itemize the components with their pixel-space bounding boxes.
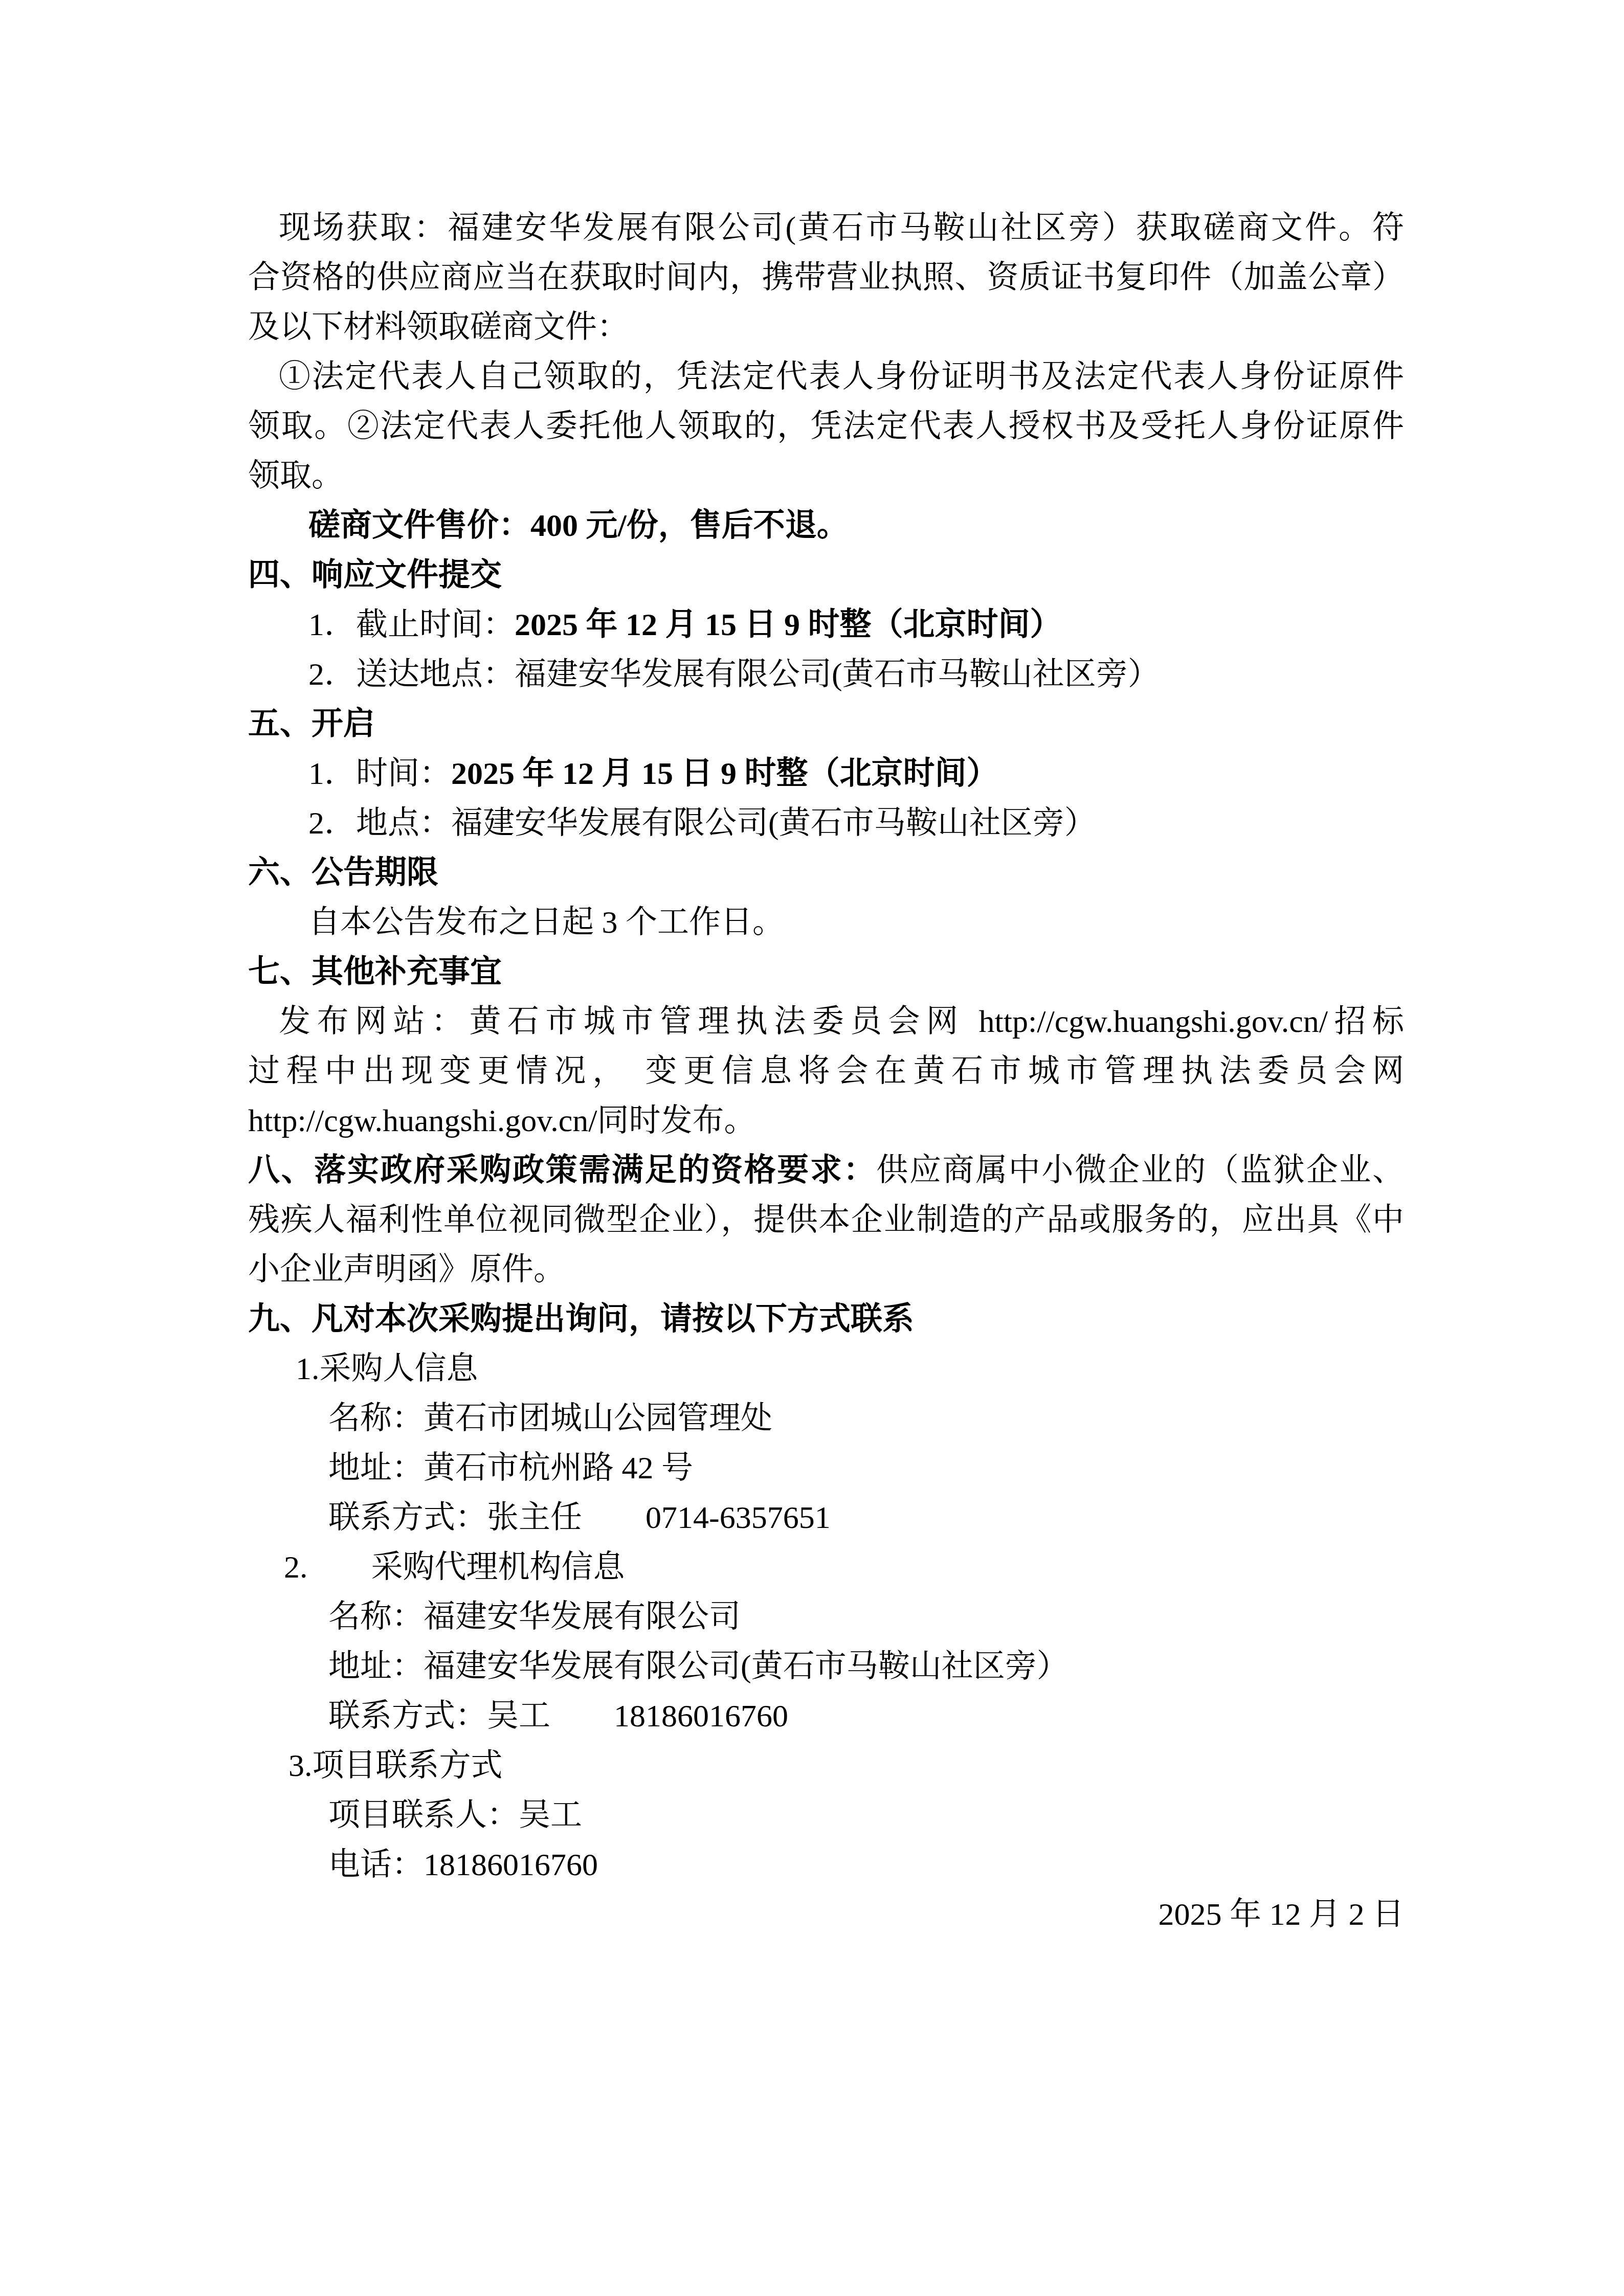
para-doc-pickup-1: 现场获取：福建安华发展有限公司(黄石市马鞍山社区旁）获取磋商文件。符 bbox=[248, 204, 1404, 253]
item-deadline-text-1: 2025 年 12 月 15 日 9 时整（北京时间） bbox=[515, 607, 1062, 642]
item-open-time-text-1: 2025 年 12 月 15 日 9 时整（北京时间） bbox=[451, 756, 998, 791]
para-agent-rules-1: ①法定代表人自己领取的，凭法定代表人身份证明书及法定代表人身份证原件 bbox=[248, 352, 1404, 402]
item-project-contact-text-0: 3.项目联系方式 bbox=[288, 1748, 503, 1783]
heading-section-8: 八、落实政府采购政策需满足的资格要求：供应商属中小微企业的（监狱企业、 bbox=[248, 1146, 1404, 1196]
para-agent-rules-2: 领取。②法定代表人委托他人领取的，凭法定代表人授权书及受托人身份证原件 bbox=[248, 402, 1404, 452]
para-doc-pickup-3: 及以下材料领取磋商文件： bbox=[248, 303, 1404, 352]
item-agency-info-text-0: 2. 采购代理机构信息 bbox=[284, 1550, 625, 1585]
item-open-place: 2．地点：福建安华发展有限公司(黄石市马鞍山社区旁） bbox=[248, 799, 1404, 848]
item-project-contact: 3.项目联系方式 bbox=[248, 1741, 1404, 1791]
heading-section-4-text-0: 四、响应文件提交 bbox=[248, 558, 502, 593]
project-contact-phone: 电话：18186016760 bbox=[248, 1840, 1404, 1890]
para-publish-site-1-text-0: 发布网站：黄石市城市管理执法委员会网 http://cgw.huangshi.g… bbox=[279, 1004, 1404, 1039]
document-page: 现场获取：福建安华发展有限公司(黄石市马鞍山社区旁）获取磋商文件。符合资格的供应… bbox=[0, 0, 1624, 2296]
agency-address-text-0: 地址：福建安华发展有限公司(黄石市马鞍山社区旁） bbox=[328, 1649, 1069, 1684]
purchaser-contact-text-0: 联系方式：张主任 0714-6357651 bbox=[328, 1500, 831, 1535]
heading-section-8-text-0: 八、落实政府采购政策需满足的资格要求： bbox=[248, 1153, 876, 1188]
heading-section-8-text-1: 供应商属中小微企业的（监狱企业、 bbox=[876, 1153, 1404, 1188]
heading-section-7: 七、其他补充事宜 bbox=[248, 948, 1404, 997]
para-agent-rules-2-text-0: 领取。②法定代表人委托他人领取的，凭法定代表人授权书及受托人身份证原件 bbox=[248, 409, 1404, 444]
item-delivery-place: 2．送达地点：福建安华发展有限公司(黄石市马鞍山社区旁） bbox=[248, 650, 1404, 700]
para-publish-site-2: 过程中出现变更情况， 变更信息将会在黄石市城市管理执法委员会网 bbox=[248, 1047, 1404, 1096]
purchaser-contact: 联系方式：张主任 0714-6357651 bbox=[248, 1493, 1404, 1543]
para-agent-rules-3-text-0: 领取。 bbox=[248, 459, 343, 493]
heading-section-5: 五、开启 bbox=[248, 700, 1404, 749]
para-doc-pickup-3-text-0: 及以下材料领取磋商文件： bbox=[248, 310, 629, 345]
para-section-8-3-text-0: 小企业声明函》原件。 bbox=[248, 1252, 565, 1287]
para-publish-site-3: http://cgw.huangshi.gov.cn/同时发布。 bbox=[248, 1096, 1404, 1146]
item-delivery-place-text-0: 2．送达地点：福建安华发展有限公司(黄石市马鞍山社区旁） bbox=[308, 657, 1160, 692]
item-purchaser-info: 1.采购人信息 bbox=[248, 1344, 1404, 1394]
heading-section-6-text-0: 六、公告期限 bbox=[248, 856, 438, 890]
document-body: 现场获取：福建安华发展有限公司(黄石市马鞍山社区旁）获取磋商文件。符合资格的供应… bbox=[248, 204, 1404, 1940]
heading-section-7-text-0: 七、其他补充事宜 bbox=[248, 955, 502, 989]
agency-name: 名称：福建安华发展有限公司 bbox=[248, 1592, 1404, 1642]
purchaser-name: 名称：黄石市团城山公园管理处 bbox=[248, 1394, 1404, 1444]
para-publish-site-1: 发布网站：黄石市城市管理执法委员会网 http://cgw.huangshi.g… bbox=[248, 997, 1404, 1047]
announcement-period: 自本公告发布之日起 3 个工作日。 bbox=[248, 898, 1404, 948]
purchaser-address-text-0: 地址：黄石市杭州路 42 号 bbox=[328, 1451, 693, 1485]
heading-section-9-text-0: 九、凡对本次采购提出询问，请按以下方式联系 bbox=[248, 1302, 914, 1337]
item-open-place-text-0: 2．地点：福建安华发展有限公司(黄石市马鞍山社区旁） bbox=[308, 806, 1096, 841]
project-contact-person-text-0: 项目联系人：吴工 bbox=[328, 1798, 582, 1833]
heading-section-5-text-0: 五、开启 bbox=[248, 707, 375, 741]
heading-section-4: 四、响应文件提交 bbox=[248, 551, 1404, 600]
heading-section-9: 九、凡对本次采购提出询问，请按以下方式联系 bbox=[248, 1295, 1404, 1344]
doc-date: 2025 年 12 月 2 日 bbox=[248, 1890, 1404, 1940]
doc-price-text-0: 磋商文件售价：400 元/份，售后不退。 bbox=[308, 508, 849, 543]
item-open-time-text-0: 1．时间： bbox=[308, 756, 451, 791]
para-doc-pickup-1-text-0: 现场获取：福建安华发展有限公司(黄石市马鞍山社区旁）获取磋商文件。符 bbox=[279, 211, 1404, 245]
doc-price: 磋商文件售价：400 元/份，售后不退。 bbox=[248, 501, 1404, 551]
para-section-8-3: 小企业声明函》原件。 bbox=[248, 1245, 1404, 1295]
agency-name-text-0: 名称：福建安华发展有限公司 bbox=[328, 1600, 741, 1634]
item-open-time: 1．时间：2025 年 12 月 15 日 9 时整（北京时间） bbox=[248, 749, 1404, 799]
heading-section-6: 六、公告期限 bbox=[248, 848, 1404, 898]
purchaser-address: 地址：黄石市杭州路 42 号 bbox=[248, 1444, 1404, 1493]
para-section-8-2-text-0: 残疾人福利性单位视同微型企业），提供本企业制造的产品或服务的，应出具《中 bbox=[248, 1203, 1404, 1237]
para-publish-site-2-text-0: 过程中出现变更情况， 变更信息将会在黄石市城市管理执法委员会网 bbox=[248, 1054, 1404, 1089]
doc-date-text-0: 2025 年 12 月 2 日 bbox=[1158, 1897, 1404, 1932]
item-agency-info: 2. 采购代理机构信息 bbox=[248, 1543, 1404, 1592]
item-purchaser-info-text-0: 1.采购人信息 bbox=[296, 1352, 478, 1386]
item-deadline: 1．截止时间：2025 年 12 月 15 日 9 时整（北京时间） bbox=[248, 600, 1404, 650]
project-contact-person: 项目联系人：吴工 bbox=[248, 1791, 1404, 1840]
para-doc-pickup-2: 合资格的供应商应当在获取时间内，携带营业执照、资质证书复印件（加盖公章） bbox=[248, 253, 1404, 303]
para-agent-rules-3: 领取。 bbox=[248, 452, 1404, 501]
para-agent-rules-1-text-0: ①法定代表人自己领取的，凭法定代表人身份证明书及法定代表人身份证原件 bbox=[279, 359, 1404, 394]
purchaser-name-text-0: 名称：黄石市团城山公园管理处 bbox=[328, 1401, 772, 1436]
agency-contact: 联系方式：吴工 18186016760 bbox=[248, 1692, 1404, 1741]
project-contact-phone-text-0: 电话：18186016760 bbox=[328, 1848, 598, 1882]
agency-contact-text-0: 联系方式：吴工 18186016760 bbox=[328, 1699, 788, 1734]
para-section-8-2: 残疾人福利性单位视同微型企业），提供本企业制造的产品或服务的，应出具《中 bbox=[248, 1196, 1404, 1245]
announcement-period-text-0: 自本公告发布之日起 3 个工作日。 bbox=[308, 905, 784, 940]
para-publish-site-3-text-0: http://cgw.huangshi.gov.cn/同时发布。 bbox=[248, 1104, 756, 1138]
para-doc-pickup-2-text-0: 合资格的供应商应当在获取时间内，携带营业执照、资质证书复印件（加盖公章） bbox=[248, 260, 1404, 295]
agency-address: 地址：福建安华发展有限公司(黄石市马鞍山社区旁） bbox=[248, 1642, 1404, 1692]
item-deadline-text-0: 1．截止时间： bbox=[308, 607, 515, 642]
